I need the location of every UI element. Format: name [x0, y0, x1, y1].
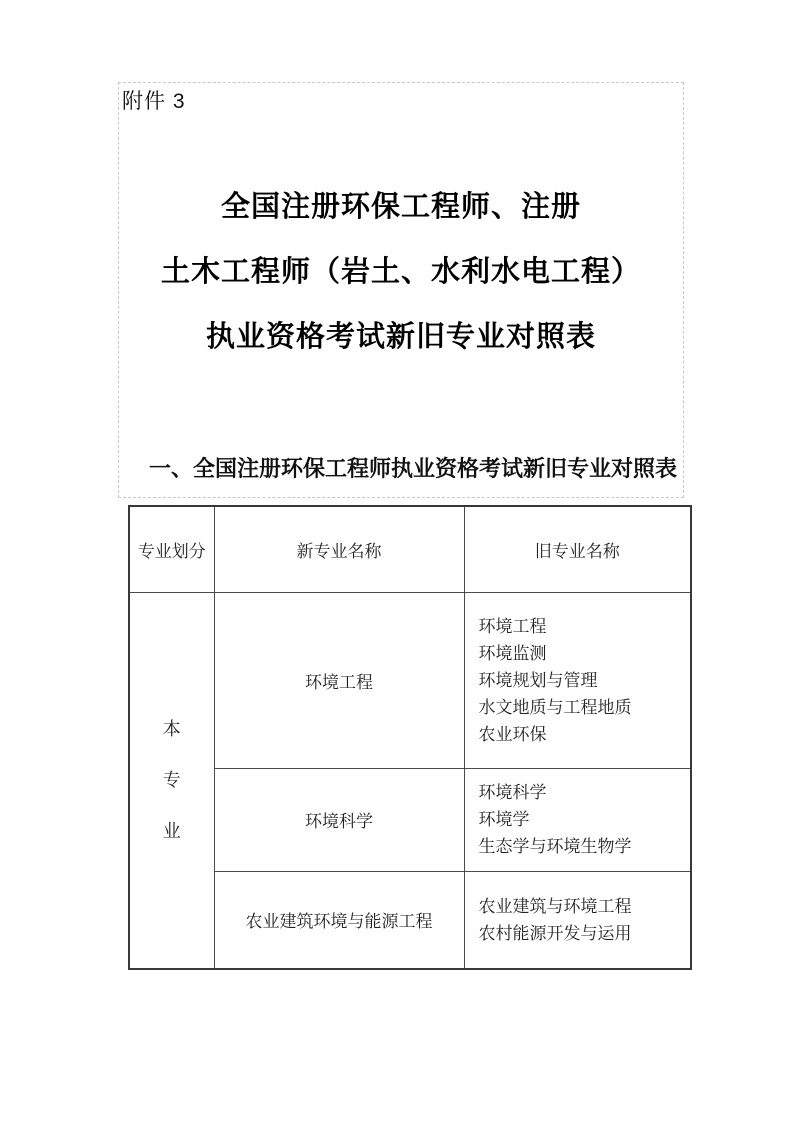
old-major-line: 环境监测 [479, 640, 691, 667]
table-row: 农业建筑环境与能源工程 农业建筑与环境工程 农村能源开发与运用 [129, 871, 691, 969]
attachment-label: 附件 3 [122, 85, 186, 115]
table-row: 环境科学 环境科学 环境学 生态学与环境生物学 [129, 768, 691, 871]
title-line-3: 执业资格考试新旧专业对照表 [119, 305, 683, 370]
col-header-old-major: 旧专业名称 [464, 506, 691, 592]
category-char: 专 [163, 771, 181, 789]
table-row: 本 专 业 环境工程 环境工程 环境监测 环境规划与管理 水文地质与工程地质 农… [129, 592, 691, 768]
old-majors-cell: 农业建筑与环境工程 农村能源开发与运用 [464, 871, 691, 969]
category-cell: 本 专 业 [129, 592, 214, 969]
category-char: 本 [163, 720, 181, 738]
old-major-line: 农业环保 [479, 721, 691, 748]
old-major-line: 环境科学 [479, 779, 691, 806]
old-major-line: 农村能源开发与运用 [479, 920, 691, 947]
title-content-box: 附件 3 全国注册环保工程师、注册 土木工程师（岩土、水利水电工程） 执业资格考… [118, 82, 684, 498]
old-major-line: 水文地质与工程地质 [479, 694, 691, 721]
new-major-cell: 农业建筑环境与能源工程 [214, 871, 464, 969]
col-header-new-major: 新专业名称 [214, 506, 464, 592]
title-line-1: 全国注册环保工程师、注册 [119, 175, 683, 240]
category-char: 业 [163, 822, 181, 840]
category-vertical-label: 本 专 业 [130, 720, 214, 840]
col-header-division: 专业划分 [129, 506, 214, 592]
new-major-cell: 环境科学 [214, 768, 464, 871]
old-majors-cell: 环境科学 环境学 生态学与环境生物学 [464, 768, 691, 871]
old-major-line: 农业建筑与环境工程 [479, 893, 691, 920]
new-major-cell: 环境工程 [214, 592, 464, 768]
comparison-table: 专业划分 新专业名称 旧专业名称 本 专 业 环境工程 环境工程 环境监测 环境… [128, 505, 692, 970]
old-major-line: 环境工程 [479, 613, 691, 640]
old-major-line: 生态学与环境生物学 [479, 833, 691, 860]
table-header-row: 专业划分 新专业名称 旧专业名称 [129, 506, 691, 592]
title-line-2: 土木工程师（岩土、水利水电工程） [119, 240, 683, 305]
document-title: 全国注册环保工程师、注册 土木工程师（岩土、水利水电工程） 执业资格考试新旧专业… [119, 175, 683, 370]
old-major-line: 环境学 [479, 806, 691, 833]
section-heading: 一、全国注册环保工程师执业资格考试新旧专业对照表 [149, 452, 677, 483]
old-majors-cell: 环境工程 环境监测 环境规划与管理 水文地质与工程地质 农业环保 [464, 592, 691, 768]
document-page: 附件 3 全国注册环保工程师、注册 土木工程师（岩土、水利水电工程） 执业资格考… [0, 0, 804, 1137]
old-major-line: 环境规划与管理 [479, 667, 691, 694]
